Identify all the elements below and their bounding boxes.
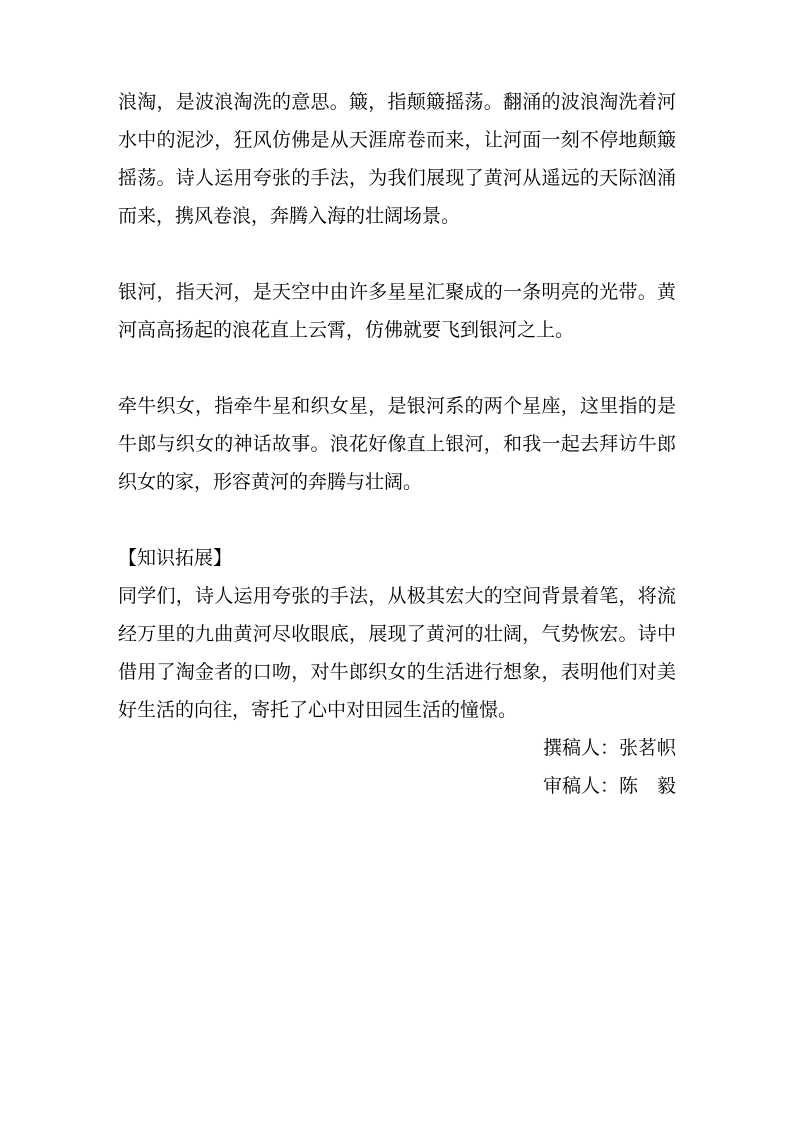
reviewer-signature-line: 审稿人：陈 毅 — [118, 767, 676, 805]
paragraph-langtao-explanation: 浪淘，是波浪淘洗的意思。簸，指颠簸摇荡。翻涌的波浪淘洗着河水中的泥沙，狂风仿佛是… — [118, 83, 676, 235]
paragraph-knowledge-expansion-body: 同学们，诗人运用夸张的手法，从极其宏大的空间背景着笔，将流经万里的九曲黄河尽收眼… — [118, 577, 676, 729]
drafter-signature-line: 撰稿人：张茗帜 — [118, 729, 676, 767]
document-page: 浪淘，是波浪淘洗的意思。簸，指颠簸摇荡。翻涌的波浪淘洗着河水中的泥沙，狂风仿佛是… — [0, 0, 793, 1123]
paragraph-yinhe-explanation: 银河，指天河，是天空中由许多星星汇聚成的一条明亮的光带。黄河高高扬起的浪花直上云… — [118, 273, 676, 349]
section-heading-knowledge-expansion: 【知识拓展】 — [118, 539, 676, 577]
paragraph-qianniu-zhinv-explanation: 牵牛织女，指牵牛星和织女星，是银河系的两个星座，这里指的是牛郎与织女的神话故事。… — [118, 387, 676, 501]
document-body: 浪淘，是波浪淘洗的意思。簸，指颠簸摇荡。翻涌的波浪淘洗着河水中的泥沙，狂风仿佛是… — [118, 83, 676, 805]
